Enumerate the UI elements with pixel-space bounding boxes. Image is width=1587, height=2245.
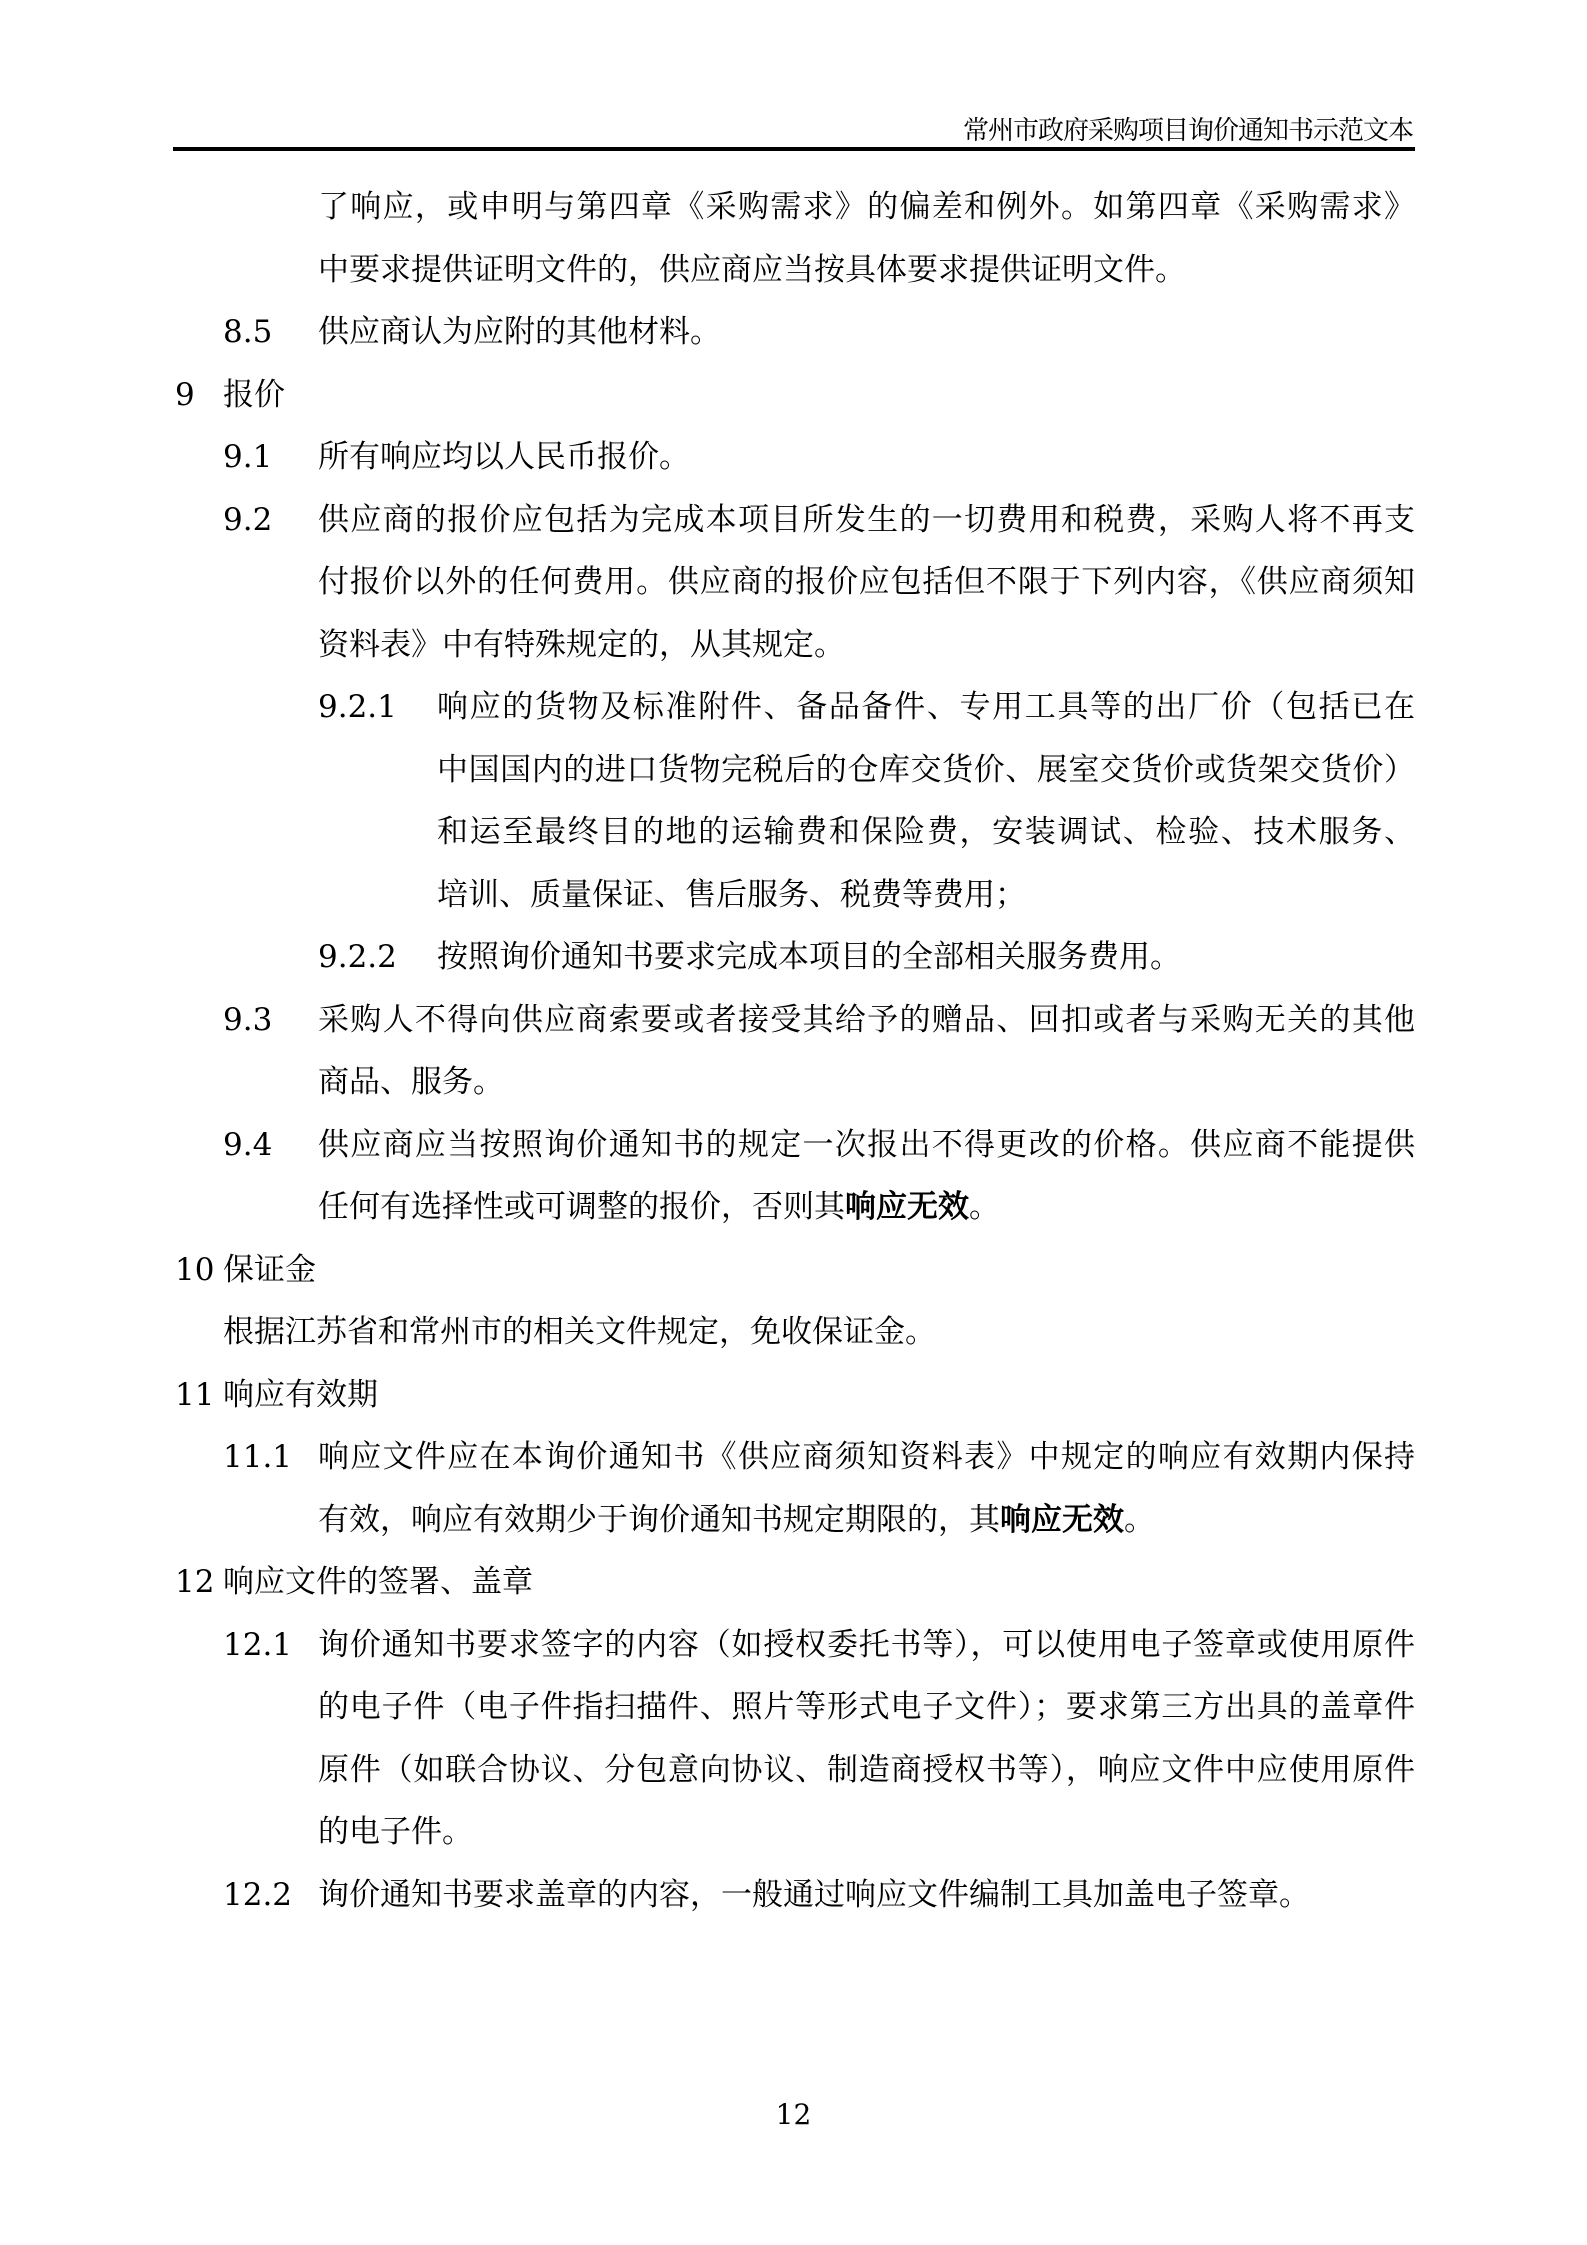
line-text: 采购人不得向供应商索要或者接受其给予的赠品、回扣或者与采购无关的其他 — [318, 1002, 1415, 1038]
line-text: 。 — [969, 1189, 1000, 1225]
item-9-2-line-3: 资料表》中有特殊规定的，从其规定。 — [175, 614, 1415, 677]
item-9-2-2: 9.2.2按照询价通知书要求完成本项目的全部相关服务费用。 — [175, 926, 1415, 989]
item-12-1-line-3: 原件（如联合协议、分包意向协议、制造商授权书等），响应文件中应使用原件 — [175, 1739, 1415, 1802]
line-text: 响应的货物及标准附件、备品备件、专用工具等的出厂价（包括已在 — [437, 689, 1415, 725]
item-12-1-line-2: 的电子件（电子件指扫描件、照片等形式电子文件）；要求第三方出具的盖章件 — [175, 1676, 1415, 1739]
emphasis-invalid-response: 响应无效 — [1000, 1502, 1124, 1538]
line-text: 任何有选择性或可调整的报价，否则其 — [318, 1189, 845, 1225]
item-9-4-line-1: 9.4供应商应当按照询价通知书的规定一次报出不得更改的价格。供应商不能提供 — [175, 1114, 1415, 1177]
line-text: 根据江苏省和常州市的相关文件规定，免收保证金。 — [223, 1314, 936, 1350]
item-number: 8.5 — [223, 301, 272, 364]
item-number: 9.2.1 — [318, 676, 397, 739]
line-text: 所有响应均以人民币报价。 — [318, 439, 690, 475]
line-text: 原件（如联合协议、分包意向协议、制造商授权书等），响应文件中应使用原件 — [318, 1752, 1415, 1788]
line-text: 中国国内的进口货物完税后的仓库交货价、展室交货价或货架交货价） — [437, 752, 1415, 788]
line-text: 付报价以外的任何费用。供应商的报价应包括但不限于下列内容，《供应商须知 — [318, 564, 1415, 600]
item-number: 9 — [175, 364, 195, 427]
line-text: 和运至最终目的地的运输费和保险费，安装调试、检验、技术服务、 — [437, 814, 1415, 850]
item-number: 9.2 — [223, 489, 272, 552]
line-text: 响应文件应在本询价通知书《供应商须知资料表》中规定的响应有效期内保持 — [318, 1439, 1415, 1475]
line-text: 供应商应当按照询价通知书的规定一次报出不得更改的价格。供应商不能提供 — [318, 1127, 1415, 1163]
item-number: 9.1 — [223, 426, 272, 489]
line-text: 了响应，或申明与第四章《采购需求》的偏差和例外。如第四章《采购需求》 — [318, 189, 1415, 225]
document-page: 常州市政府采购项目询价通知书示范文本 了响应，或申明与第四章《采购需求》的偏差和… — [0, 0, 1587, 2245]
item-number: 11 — [175, 1364, 214, 1427]
item-9-4-line-2: 任何有选择性或可调整的报价，否则其响应无效。 — [175, 1176, 1415, 1239]
item-number: 11.1 — [223, 1426, 292, 1489]
item-number: 12 — [175, 1551, 214, 1614]
intro-paragraph-line-1: 了响应，或申明与第四章《采购需求》的偏差和例外。如第四章《采购需求》 — [175, 176, 1415, 239]
line-text: 培训、质量保证、售后服务、税费等费用； — [437, 877, 1026, 913]
line-text: 商品、服务。 — [318, 1064, 504, 1100]
section-heading-9: 9报价 — [175, 364, 1415, 427]
section-heading-11: 11响应有效期 — [175, 1364, 1415, 1427]
header-title: 常州市政府采购项目询价通知书示范文本 — [963, 110, 1413, 147]
section-title: 响应有效期 — [223, 1377, 378, 1413]
page-number: 12 — [0, 2098, 1587, 2131]
section-heading-12: 12响应文件的签署、盖章 — [175, 1551, 1415, 1614]
section-title: 报价 — [223, 377, 285, 413]
item-9-3-line-2: 商品、服务。 — [175, 1051, 1415, 1114]
emphasis-invalid-response: 响应无效 — [845, 1189, 969, 1225]
line-text: 的电子件（电子件指扫描件、照片等形式电子文件）；要求第三方出具的盖章件 — [318, 1689, 1415, 1725]
item-number: 12.1 — [223, 1614, 292, 1677]
item-9-1: 9.1所有响应均以人民币报价。 — [175, 426, 1415, 489]
line-text: 。 — [1124, 1502, 1155, 1538]
item-number: 9.3 — [223, 989, 272, 1052]
item-9-3-line-1: 9.3采购人不得向供应商索要或者接受其给予的赠品、回扣或者与采购无关的其他 — [175, 989, 1415, 1052]
item-9-2-1-line-2: 中国国内的进口货物完税后的仓库交货价、展室交货价或货架交货价） — [175, 739, 1415, 802]
item-12-1-line-1: 12.1询价通知书要求签字的内容（如授权委托书等），可以使用电子签章或使用原件 — [175, 1614, 1415, 1677]
line-text: 中要求提供证明文件的，供应商应当按具体要求提供证明文件。 — [318, 252, 1186, 288]
section-heading-10: 10保证金 — [175, 1239, 1415, 1302]
item-number: 12.2 — [223, 1864, 292, 1927]
item-9-2-1-line-3: 和运至最终目的地的运输费和保险费，安装调试、检验、技术服务、 — [175, 801, 1415, 864]
item-9-2-line-2: 付报价以外的任何费用。供应商的报价应包括但不限于下列内容，《供应商须知 — [175, 551, 1415, 614]
intro-paragraph-line-2: 中要求提供证明文件的，供应商应当按具体要求提供证明文件。 — [175, 239, 1415, 302]
item-12-2: 12.2询价通知书要求盖章的内容，一般通过响应文件编制工具加盖电子签章。 — [175, 1864, 1415, 1927]
item-number: 9.2.2 — [318, 926, 397, 989]
item-11-1-line-2: 有效，响应有效期少于询价通知书规定期限的，其响应无效。 — [175, 1489, 1415, 1552]
item-9-2-1-line-1: 9.2.1响应的货物及标准附件、备品备件、专用工具等的出厂价（包括已在 — [175, 676, 1415, 739]
section-title: 保证金 — [223, 1252, 316, 1288]
item-11-1-line-1: 11.1响应文件应在本询价通知书《供应商须知资料表》中规定的响应有效期内保持 — [175, 1426, 1415, 1489]
item-9-2-line-1: 9.2供应商的报价应包括为完成本项目所发生的一切费用和税费，采购人将不再支 — [175, 489, 1415, 552]
item-9-2-1-line-4: 培训、质量保证、售后服务、税费等费用； — [175, 864, 1415, 927]
item-8-5: 8.5供应商认为应附的其他材料。 — [175, 301, 1415, 364]
item-number: 9.4 — [223, 1114, 272, 1177]
item-12-1-line-4: 的电子件。 — [175, 1801, 1415, 1864]
line-text: 询价通知书要求盖章的内容，一般通过响应文件编制工具加盖电子签章。 — [318, 1877, 1310, 1913]
line-text: 资料表》中有特殊规定的，从其规定。 — [318, 627, 845, 663]
line-text: 按照询价通知书要求完成本项目的全部相关服务费用。 — [437, 939, 1181, 975]
item-number: 10 — [175, 1239, 214, 1302]
line-text: 有效，响应有效期少于询价通知书规定期限的，其 — [318, 1502, 1000, 1538]
header-rule-divider — [173, 147, 1415, 151]
document-body: 了响应，或申明与第四章《采购需求》的偏差和例外。如第四章《采购需求》 中要求提供… — [175, 176, 1415, 1926]
section-title: 响应文件的签署、盖章 — [223, 1564, 533, 1600]
line-text: 供应商认为应附的其他材料。 — [318, 314, 721, 350]
section-10-paragraph: 根据江苏省和常州市的相关文件规定，免收保证金。 — [175, 1301, 1415, 1364]
line-text: 询价通知书要求签字的内容（如授权委托书等），可以使用电子签章或使用原件 — [318, 1627, 1415, 1663]
line-text: 的电子件。 — [318, 1814, 473, 1850]
line-text: 供应商的报价应包括为完成本项目所发生的一切费用和税费，采购人将不再支 — [318, 502, 1415, 538]
